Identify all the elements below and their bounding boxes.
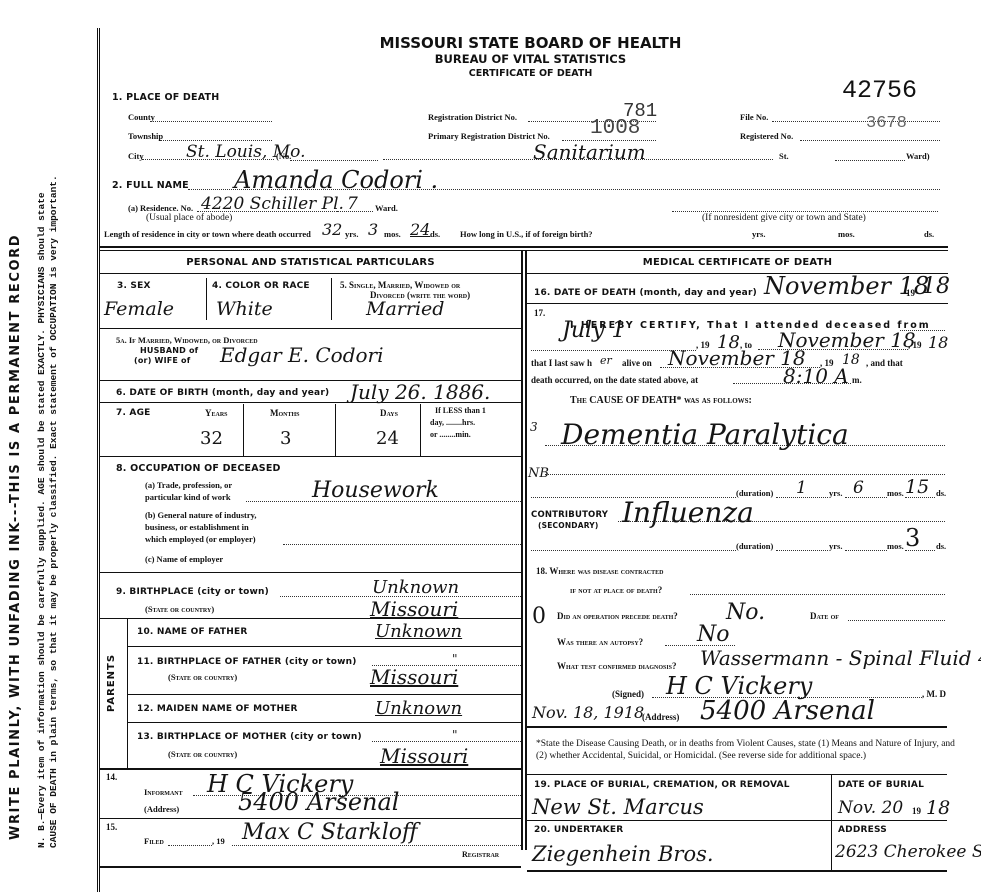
- md-label: , M. D: [922, 689, 946, 699]
- residence-ward-field[interactable]: 7: [337, 194, 373, 212]
- registrar-field[interactable]: Max C Starkloff: [232, 820, 521, 846]
- birthplace-state-label: (State or country): [145, 604, 214, 614]
- divider: [100, 328, 521, 329]
- contributory-years-label: yrs.: [829, 541, 842, 551]
- to-year-prefix: , 19: [908, 340, 922, 350]
- column-divider: [521, 250, 527, 850]
- city-field[interactable]: St. Louis, Mo.: [142, 142, 274, 160]
- industry-label: (b) General nature of industry,: [145, 510, 257, 520]
- burial-date-value[interactable]: Nov. 20: [838, 798, 903, 818]
- father-birthplace-state-value[interactable]: Missouri: [370, 665, 458, 689]
- ward-field[interactable]: [835, 160, 905, 161]
- residence-label: (a) Residence. No.: [128, 203, 193, 213]
- divider: [527, 870, 947, 872]
- contributory-days-label: ds.: [936, 541, 946, 551]
- race-value[interactable]: White: [216, 298, 273, 320]
- mother-name-value[interactable]: Unknown: [375, 698, 462, 719]
- death-occurred-label: death occurred, on the date stated above…: [531, 375, 698, 385]
- primary-registration-district-field[interactable]: [562, 140, 656, 141]
- contributory-duration-years[interactable]: [776, 532, 828, 551]
- length-years-label: yrs.: [345, 229, 358, 239]
- divider: [100, 456, 521, 457]
- occupation-trade-label: (a) Trade, profession, or: [145, 480, 232, 490]
- date-of-birth-label: 6. DATE OF BIRTH (month, day and year): [116, 388, 329, 398]
- filed-year-prefix: , 19: [212, 836, 225, 846]
- us-months-label: mos.: [838, 229, 855, 239]
- father-birthplace-state-label: (State or country): [168, 672, 237, 682]
- age-months-label: Months: [270, 408, 300, 418]
- divider: [100, 273, 521, 274]
- physician-signature-field[interactable]: H C Vickery: [652, 672, 922, 698]
- industry-field[interactable]: [283, 544, 521, 545]
- father-birthplace-city-field[interactable]: ": [372, 652, 521, 666]
- physician-address-label: (Address): [642, 712, 679, 722]
- less-than-day-label: If LESS than 1: [435, 406, 486, 415]
- instructions-note: N. B.—Every item of information should b…: [36, 175, 60, 848]
- filed-date-field[interactable]: [168, 845, 212, 846]
- birthplace-city-field[interactable]: Unknown: [280, 577, 521, 597]
- attended-from-value[interactable]: July 1: [562, 318, 625, 343]
- divider: [527, 774, 947, 775]
- mother-name-label: 12. MAIDEN NAME OF MOTHER: [137, 704, 298, 714]
- registrar-label: Registrar: [462, 850, 499, 859]
- contributory-line-2[interactable]: [531, 550, 736, 551]
- death-time-field[interactable]: 8:10 A: [733, 364, 851, 384]
- occupation-heading: 8. OCCUPATION OF DECEASED: [116, 463, 281, 474]
- instructions-line-2: CAUSE OF DEATH in plain terms, so that i…: [48, 175, 60, 848]
- personal-particulars-heading: PERSONAL AND STATISTICAL PARTICULARS: [100, 257, 521, 268]
- father-name-label: 10. NAME OF FATHER: [137, 627, 247, 637]
- length-days-value[interactable]: 24: [410, 220, 430, 239]
- autopsy-label: Was there an autopsy?: [557, 637, 643, 647]
- date-of-birth-value[interactable]: July 26. 1886.: [350, 380, 490, 404]
- race-label: 4. COLOR OR RACE: [212, 281, 310, 291]
- physician-address-value[interactable]: 5400 Arsenal: [700, 696, 875, 726]
- foreign-birth-label: How long in U.S., if of foreign birth?: [460, 229, 593, 239]
- father-birthplace-label: 11. BIRTHPLACE OF FATHER (city or town): [137, 657, 357, 667]
- age-years-label: Years: [205, 408, 228, 418]
- disease-contracted-label: 18. Where was disease contracted: [536, 566, 663, 576]
- burial-place-value[interactable]: New St. Marcus: [532, 795, 704, 819]
- last-saw-label: that I last saw h: [531, 358, 592, 368]
- date-of-death-year[interactable]: 18: [922, 274, 950, 299]
- industry-label-2: business, or establishment in: [145, 522, 249, 532]
- permanent-record-notice: WRITE PLAINLY, WITH UNFADING INK---THIS …: [8, 234, 23, 840]
- document-type: CERTIFICATE OF DEATH: [0, 68, 981, 79]
- length-years-value[interactable]: 32: [322, 220, 342, 239]
- divider: [127, 646, 521, 647]
- divider: [420, 404, 421, 456]
- street-suffix-label: St.: [779, 151, 789, 161]
- operation-label: Did an operation precede death?: [557, 611, 678, 621]
- filed-number: 15.: [106, 822, 117, 832]
- mother-birthplace-city-field[interactable]: ": [372, 728, 521, 742]
- place-of-death-heading: 1. PLACE OF DEATH: [112, 92, 219, 103]
- to-year-value[interactable]: 18: [928, 333, 948, 352]
- husband-of-label: HUSBAND of: [140, 346, 198, 355]
- signature-date[interactable]: Nov. 18, 1918: [532, 703, 644, 722]
- divider: [100, 866, 521, 868]
- divider: [331, 278, 332, 320]
- test-label: What test confirmed diagnosis?: [557, 661, 677, 671]
- divider: [831, 774, 832, 870]
- file-number-field[interactable]: [772, 121, 940, 122]
- informant-number: 14.: [106, 772, 117, 782]
- us-years-label: yrs.: [752, 229, 765, 239]
- township-label: Township: [128, 131, 163, 141]
- medical-certificate-heading: MEDICAL CERTIFICATE OF DEATH: [527, 257, 948, 268]
- certificate-number: 42756: [842, 76, 917, 105]
- left-frame-border: [97, 28, 100, 892]
- spouse-name-value[interactable]: Edgar E. Codori: [220, 343, 384, 367]
- test-value[interactable]: Wassermann - Spinal Fluid 4+: [700, 646, 981, 670]
- burial-year-value[interactable]: 18: [926, 797, 950, 819]
- burial-year-prefix: 19: [912, 806, 921, 816]
- contributory-duration-months[interactable]: [845, 532, 887, 551]
- age-days-value[interactable]: 24: [376, 428, 399, 449]
- us-days-label: ds.: [924, 229, 934, 239]
- contributory-months-label: mos.: [887, 541, 904, 551]
- nonresident-caption: (If nonresident give city or town and St…: [702, 213, 866, 223]
- cause-duration-months[interactable]: 6: [845, 478, 887, 498]
- full-name-field[interactable]: Amanda Codori .: [188, 166, 940, 190]
- mother-birthplace-state-value[interactable]: Missouri: [380, 744, 468, 768]
- mother-birthplace-state-label: (State or country): [168, 749, 237, 759]
- age-label: 7. AGE: [116, 408, 151, 418]
- minutes-label: or ........min.: [430, 430, 471, 439]
- residence-field[interactable]: 4220 Schiller Pl.: [197, 194, 337, 212]
- file-number-label: File No.: [740, 112, 768, 122]
- divider: [100, 572, 521, 573]
- certification-number: 17.: [534, 308, 545, 318]
- age-days-label: Days: [380, 408, 398, 418]
- birthplace-label: 9. BIRTHPLACE (city or town): [116, 587, 269, 597]
- marital-status-label: 5. Single, Married, Widowed or: [340, 280, 460, 290]
- township-field[interactable]: [160, 140, 272, 141]
- street-field[interactable]: Sanitarium: [383, 140, 773, 160]
- cause-footnote: *State the Disease Causing Death, or in …: [536, 738, 956, 762]
- age-years-value[interactable]: 32: [200, 428, 223, 449]
- date-of-death-label: 16. DATE OF DEATH (month, day and year): [534, 288, 757, 298]
- length-days-label: ds.: [430, 229, 440, 239]
- divider: [100, 402, 521, 403]
- divider: [100, 618, 521, 619]
- county-field[interactable]: [150, 121, 272, 122]
- industry-label-3: which employed (or employer): [145, 534, 256, 544]
- wife-of-label: (or) WIFE of: [134, 356, 190, 365]
- operation-date-label: Date of: [810, 611, 839, 621]
- if-not-place-of-death-label: if not at place of death?: [570, 585, 662, 595]
- disease-contracted-field[interactable]: [690, 594, 945, 595]
- undertaker-address-value[interactable]: 2623 Cherokee St.: [835, 842, 981, 862]
- contributory-duration-days[interactable]: 3: [905, 524, 935, 551]
- cause-duration-days[interactable]: 15: [905, 476, 935, 498]
- instructions-line-1: N. B.—Every item of information should b…: [36, 175, 48, 848]
- header-divider: [100, 246, 948, 248]
- hours-label: day, ........hrs.: [430, 418, 475, 427]
- parents-side-label: PARENTS: [106, 654, 117, 712]
- age-months-value[interactable]: 3: [280, 428, 291, 449]
- divider: [335, 404, 336, 456]
- burial-place-label: 19. PLACE OF BURIAL, CREMATION, OR REMOV…: [534, 780, 790, 790]
- length-of-residence-label: Length of residence in city or town wher…: [104, 229, 311, 239]
- registered-number-value: 3678: [866, 114, 907, 133]
- usual-abode-caption: (Usual place of abode): [146, 213, 232, 223]
- length-months-value[interactable]: 3: [368, 220, 378, 239]
- form-subtitle: BUREAU OF VITAL STATISTICS: [0, 52, 981, 66]
- contributory-cause-field[interactable]: Influenza: [618, 496, 945, 522]
- last-saw-pronoun[interactable]: er: [600, 354, 612, 367]
- ward-label: Ward): [906, 151, 930, 161]
- divider: [127, 618, 128, 768]
- cause-duration-years[interactable]: 1: [776, 478, 828, 498]
- burial-date-label: DATE OF BURIAL: [838, 780, 924, 790]
- length-months-label: mos.: [384, 229, 401, 239]
- informant-address-label: (Address): [144, 804, 179, 814]
- registered-number-field[interactable]: [800, 140, 940, 141]
- full-name-label: 2. FULL NAME: [112, 180, 189, 191]
- undertaker-label: 20. UNDERTAKER: [534, 825, 623, 835]
- marital-status-value[interactable]: Married: [366, 298, 444, 320]
- undertaker-value[interactable]: Ziegenhein Bros.: [532, 842, 714, 866]
- divider: [127, 694, 521, 695]
- street-number-field[interactable]: [290, 160, 378, 161]
- and-that-label: , and that: [866, 358, 903, 368]
- date-of-death-year-prefix: 19: [906, 288, 915, 298]
- informant-label: Informant: [144, 787, 183, 797]
- primary-registration-district-label: Primary Registration District No.: [428, 131, 550, 141]
- sex-value[interactable]: Female: [104, 298, 174, 320]
- divider: [527, 726, 947, 728]
- form-title: MISSOURI STATE BOARD OF HEALTH: [0, 34, 981, 52]
- registration-district-label: Registration District No.: [428, 112, 517, 122]
- margin-mark-0: 0: [532, 604, 546, 629]
- signed-label: (Signed): [612, 689, 644, 699]
- divider: [206, 278, 207, 320]
- date-of-death-value[interactable]: November 18: [764, 272, 929, 300]
- cause-line-2[interactable]: [545, 474, 945, 475]
- meridiem-label: m.: [852, 375, 862, 385]
- informant-address-value[interactable]: 5400 Arsenal: [238, 788, 399, 816]
- cause-of-death-field[interactable]: Dementia Paralytica: [545, 418, 945, 446]
- divider: [527, 303, 948, 304]
- cause-of-death-label: The CAUSE OF DEATH* was as follows:: [570, 395, 752, 406]
- divider: [100, 818, 521, 819]
- margin-mark-3: 3: [530, 420, 538, 434]
- occupation-trade-field[interactable]: Housework: [246, 478, 521, 502]
- divider: [127, 722, 521, 723]
- mother-birthplace-label: 13. BIRTHPLACE OF MOTHER (city or town): [137, 732, 362, 742]
- residence-ward-label: Ward.: [375, 203, 398, 213]
- occupation-trade-label-2: particular kind of work: [145, 492, 231, 502]
- contributory-label: CONTRIBUTORY: [531, 510, 608, 520]
- filed-label: Filed: [144, 836, 164, 846]
- sex-label: 3. SEX: [117, 281, 151, 291]
- operation-date-field[interactable]: [848, 620, 945, 621]
- nonresident-field[interactable]: [672, 211, 938, 212]
- undertaker-address-label: ADDRESS: [838, 825, 887, 835]
- contributory-duration-label: (duration): [736, 541, 773, 551]
- divider: [243, 404, 244, 456]
- divider: [527, 820, 947, 821]
- alive-on-label: alive on: [622, 358, 652, 368]
- father-name-value[interactable]: Unknown: [375, 621, 462, 642]
- registered-number-label: Registered No.: [740, 131, 793, 141]
- primary-registration-district-value: 1008: [590, 117, 640, 140]
- autopsy-field[interactable]: No: [665, 622, 735, 646]
- employer-label: (c) Name of employer: [145, 554, 223, 564]
- secondary-label: (SECONDARY): [538, 521, 599, 530]
